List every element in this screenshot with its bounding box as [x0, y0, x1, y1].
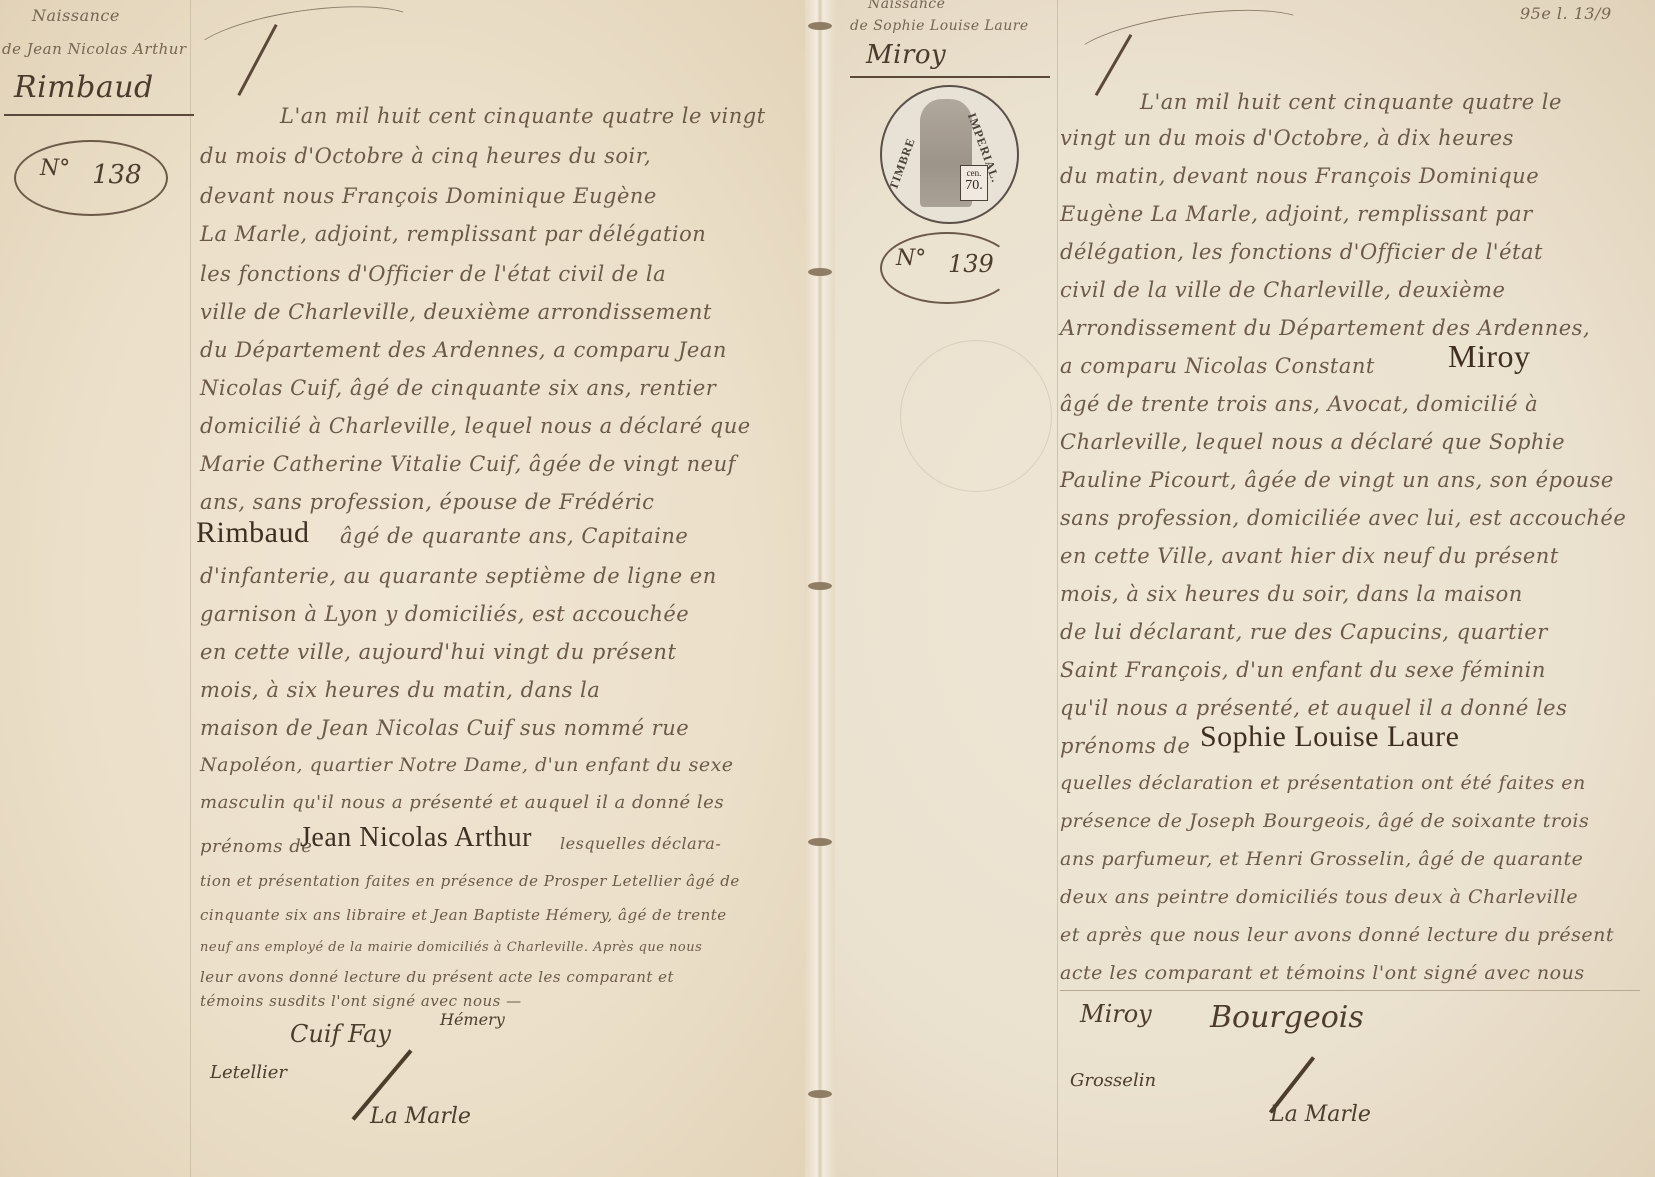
- right-line-15: de lui déclarant, rue des Capucins, quar…: [1060, 620, 1548, 644]
- act-number-label: N°: [40, 156, 70, 181]
- signature-cuif: Cuif Fay: [290, 1020, 391, 1048]
- left-line-11: ans, sans profession, épouse de Frédéric: [200, 490, 654, 514]
- right-line-6: civil de la ville de Charleville, deuxiè…: [1060, 278, 1505, 302]
- signature-grosselin: Grosselin: [1070, 1070, 1156, 1091]
- act-number: 139: [948, 250, 994, 278]
- right-line-21: ans parfumeur, et Henri Grosselin, âgé d…: [1060, 848, 1583, 870]
- right-line-1: L'an mil huit cent cinquante quatre le: [1140, 90, 1562, 114]
- signature-bourgeois: Bourgeois: [1210, 1000, 1364, 1035]
- left-line-24: leur avons donné lecture du présent acte…: [200, 968, 674, 986]
- binding-stitch: [808, 268, 832, 276]
- right-line-16: Saint François, d'un enfant du sexe fémi…: [1060, 658, 1546, 682]
- binding-stitch: [808, 22, 832, 30]
- right-line-2: vingt un du mois d'Octobre, à dix heures: [1060, 126, 1514, 150]
- left-margin-surname: Rimbaud: [14, 70, 154, 105]
- signature-lamarle: La Marle: [1270, 1102, 1371, 1127]
- signature-lamarle: La Marle: [370, 1104, 471, 1129]
- left-line-20-suffix: lesquelles déclara-: [560, 834, 721, 853]
- right-line-5: délégation, les fonctions d'Officier de …: [1060, 240, 1543, 264]
- binding-stitch: [808, 582, 832, 590]
- margin-rule: [1057, 0, 1058, 1177]
- left-line-4: La Marle, adjoint, remplissant par délég…: [200, 222, 706, 246]
- right-highlight-surname: Miroy: [1448, 338, 1531, 375]
- right-line-13: en cette Ville, avant hier dix neuf du p…: [1060, 544, 1559, 568]
- signature-miroy: Miroy: [1080, 1000, 1152, 1028]
- margin-underline: [4, 114, 194, 116]
- left-line-21: tion et présentation faites en présence …: [200, 872, 740, 890]
- right-line-7: Arrondissement du Département des Ardenn…: [1060, 316, 1590, 340]
- right-line-23: et après que nous leur avons donné lectu…: [1060, 924, 1614, 946]
- left-line-20-prefix: prénoms de: [200, 836, 312, 857]
- right-line-8-prefix: a comparu Nicolas Constant: [1060, 354, 1375, 378]
- left-line-13: d'infanterie, au quarante septième de li…: [200, 564, 717, 588]
- left-line-2: du mois d'Octobre à cinq heures du soir,: [200, 144, 651, 168]
- left-line-12-rest: âgé de quarante ans, Capitaine: [340, 524, 688, 548]
- left-line-15: en cette ville, aujourd'hui vingt du pré…: [200, 640, 676, 664]
- closing-rule: [1060, 990, 1640, 991]
- left-line-22: cinquante six ans libraire et Jean Bapti…: [200, 906, 727, 924]
- margin-rule: [190, 0, 191, 1177]
- stamp-value-box: cen. 70.: [960, 165, 988, 201]
- right-line-20: présence de Joseph Bourgeois, âgé de soi…: [1060, 810, 1589, 832]
- right-line-3: du matin, devant nous François Dominique: [1060, 164, 1539, 188]
- left-margin-heading-line2: de Jean Nicolas Arthur: [2, 40, 187, 58]
- right-line-12: sans profession, domiciliée avec lui, es…: [1060, 506, 1626, 530]
- right-margin-heading-line1: Naissance: [868, 0, 945, 12]
- left-page: Naissance de Jean Nicolas Arthur Rimbaud…: [0, 0, 818, 1177]
- left-line-1: L'an mil huit cent cinquante quatre le v…: [280, 104, 766, 128]
- folio-note: 95e l. 13/9: [1520, 4, 1612, 23]
- left-line-7: du Département des Ardennes, a comparu J…: [200, 338, 727, 362]
- left-line-19: masculin qu'il nous a présenté et auquel…: [200, 792, 724, 813]
- right-line-22: deux ans peintre domiciliés tous deux à …: [1060, 886, 1578, 908]
- left-line-25: témoins susdits l'ont signé avec nous —: [200, 992, 522, 1010]
- left-line-17: maison de Jean Nicolas Cuif sus nommé ru…: [200, 716, 689, 740]
- right-line-19: quelles déclaration et présentation ont …: [1060, 772, 1586, 794]
- binding-stitch: [808, 1090, 832, 1098]
- margin-underline: [850, 76, 1050, 78]
- left-highlight-given-names: Jean Nicolas Arthur: [300, 822, 532, 854]
- stamp-ring-left: TIMBRE: [886, 136, 919, 193]
- left-line-8: Nicolas Cuif, âgé de cinquante six ans, …: [200, 376, 716, 400]
- right-line-9: âgé de trente trois ans, Avocat, domicil…: [1060, 392, 1538, 416]
- left-line-10: Marie Catherine Vitalie Cuif, âgée de vi…: [200, 452, 736, 476]
- initial-flourish: [187, 0, 425, 88]
- stamp-unit: cen.: [961, 168, 987, 178]
- faint-seal-impression: [900, 340, 1052, 492]
- left-line-5: les fonctions d'Officier de l'état civil…: [200, 262, 666, 286]
- right-line-11: Pauline Picourt, âgée de vingt un ans, s…: [1060, 468, 1614, 492]
- signature-letellier: Letellier: [210, 1062, 287, 1083]
- act-number-label: N°: [896, 246, 926, 271]
- act-number: 138: [92, 160, 142, 190]
- right-highlight-given-names: Sophie Louise Laure: [1200, 720, 1459, 754]
- right-line-4: Eugène La Marle, adjoint, remplissant pa…: [1060, 202, 1533, 226]
- left-line-18: Napoléon, quartier Notre Dame, d'un enfa…: [200, 754, 734, 776]
- signature-hemery: Hémery: [440, 1010, 505, 1029]
- left-line-9: domicilié à Charleville, lequel nous a d…: [200, 414, 751, 438]
- left-line-16: mois, à six heures du matin, dans la: [200, 678, 600, 702]
- right-margin-surname: Miroy: [866, 40, 946, 70]
- right-margin-heading-line2: de Sophie Louise Laure: [850, 18, 1029, 34]
- right-line-24: acte les comparant et témoins l'ont sign…: [1060, 962, 1585, 984]
- left-line-14: garnison à Lyon y domiciliés, est accouc…: [200, 602, 689, 626]
- stamp-value: 70.: [961, 178, 987, 194]
- imperial-tax-stamp: TIMBRE IMPERIAL. cen. 70.: [880, 85, 1019, 224]
- right-line-17: qu'il nous a présenté, et auquel il a do…: [1060, 696, 1567, 720]
- left-highlight-surname: Rimbaud: [196, 516, 310, 550]
- left-line-6: ville de Charleville, deuxième arrondiss…: [200, 300, 712, 324]
- left-margin-heading-line1: Naissance: [32, 6, 120, 25]
- left-line-3: devant nous François Dominique Eugène: [200, 184, 657, 208]
- left-line-23: neuf ans employé de la mairie domiciliés…: [200, 940, 702, 955]
- act-number-oval: N° 139: [880, 232, 1014, 304]
- binding-stitch: [808, 838, 832, 846]
- right-line-14: mois, à six heures du soir, dans la mais…: [1060, 582, 1523, 606]
- right-line-18-prefix: prénoms de: [1060, 734, 1190, 758]
- right-line-10: Charleville, lequel nous a déclaré que S…: [1060, 430, 1565, 454]
- act-number-oval: N° 138: [14, 140, 168, 216]
